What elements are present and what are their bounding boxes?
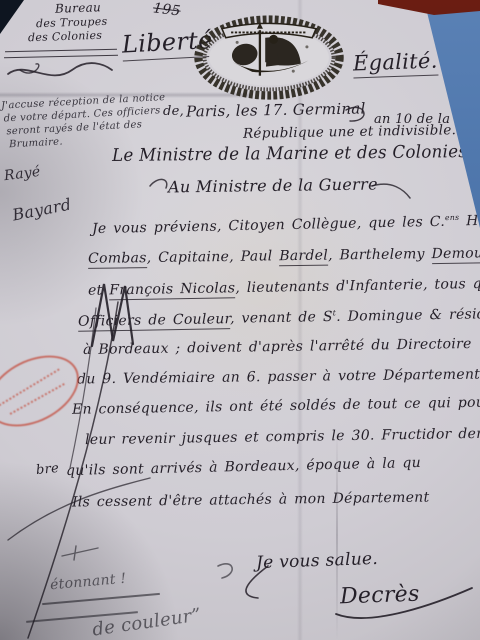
document-content: Bureau des Troupes des Colonies 195 Libe…	[0, 0, 480, 640]
underlined-name: Officiers de Couleur	[78, 311, 230, 332]
body-line-4: Officiers de Couleur, venant de St. Domi…	[78, 305, 480, 329]
body-line-2: Combas, Capitaine, Paul Bardel, Barthele…	[88, 245, 480, 267]
body-text: ens	[445, 213, 460, 222]
heading-recipient: Au Ministre de la Guerre	[168, 175, 378, 197]
registration-number: 195	[152, 0, 181, 19]
header-rule-top	[5, 49, 117, 53]
underlined-name: Demougle	[431, 245, 480, 264]
body-text: du 9. Vendémiaire an 6. passer à votre D…	[77, 367, 480, 388]
dateline-republic: République une et indivisible.	[243, 122, 456, 142]
body-line-5: à Bordeaux ; doivent d'après l'arrêté du…	[83, 336, 472, 358]
pencil-note-etonnant: étonnant !	[49, 571, 127, 594]
body-text: à Bordeaux ; doivent d'après l'arrêté du…	[83, 336, 472, 358]
body-line-3: et François Nicolas, lieutenants d'Infan…	[88, 275, 480, 299]
edge-fragment: bre	[35, 461, 59, 478]
underlined-name: Combas	[88, 250, 147, 269]
body-text: leur revenir jusques et compris le 30. F…	[85, 426, 480, 448]
margin-note: J'accuse réception de la noticede votre …	[1, 90, 178, 151]
body-text: et	[88, 282, 110, 298]
body-text: Ils cessent d'être attachés à mon Départ…	[72, 490, 430, 511]
dateline-prefix: de,	[163, 104, 184, 119]
underlined-name: Bardel	[279, 248, 328, 267]
underlined-name: François Nicolas	[109, 280, 235, 300]
closing-salutation: Je vous salue.	[256, 549, 379, 573]
pencil-note-couleur: de couleur”	[91, 604, 202, 640]
photograph-of-letter: Bureau des Troupes des Colonies 195 Libe…	[0, 0, 480, 640]
motto-egalite: Égalité.	[353, 49, 439, 79]
body-line-1: Je vous préviens, Citoyen Collègue, que …	[92, 212, 480, 238]
bureau-line-1: Bureau	[55, 0, 102, 16]
body-line-8: leur revenir jusques et compris le 30. F…	[85, 426, 480, 448]
body-text: , lieutenants d'Infanterie, tous quatre	[235, 275, 480, 296]
body-text: qu'ils sont arrivés à Bordeaux, époque à…	[66, 455, 421, 479]
body-text: En conséquence, ils ont été soldés de to…	[72, 394, 480, 418]
body-text: , Barthelemy	[328, 246, 432, 263]
body-text: . Domingue & résidant	[336, 306, 480, 325]
body-text: , Capitaine, Paul	[147, 248, 280, 266]
header-rule-bottom	[4, 55, 118, 59]
body-line-6: du 9. Vendémiaire an 6. passer à votre D…	[77, 367, 480, 388]
republic-vignette-icon	[193, 12, 345, 100]
annotation-countersign: Bayard	[11, 194, 73, 224]
body-line-10: Ils cessent d'être attachés à mon Départ…	[72, 490, 430, 511]
body-text: Je vous préviens, Citoyen Collègue, que …	[92, 214, 445, 237]
body-line-9: qu'ils sont arrivés à Bordeaux, époque à…	[66, 455, 421, 479]
heading-sender: Le Ministre de la Marine et des Colonies…	[112, 142, 473, 166]
body-text: , venant de S	[230, 309, 333, 327]
signature: Decrès	[340, 582, 420, 610]
annotation-raye: Rayé	[3, 164, 41, 184]
body-line-7: En conséquence, ils ont été soldés de to…	[72, 394, 480, 418]
dateline-place: Paris, les 17. Germinal	[186, 99, 366, 120]
bureau-line-3: des Colonies	[28, 29, 103, 45]
red-oval-stamp-icon	[0, 341, 91, 441]
pencil-underline-1	[42, 593, 160, 605]
